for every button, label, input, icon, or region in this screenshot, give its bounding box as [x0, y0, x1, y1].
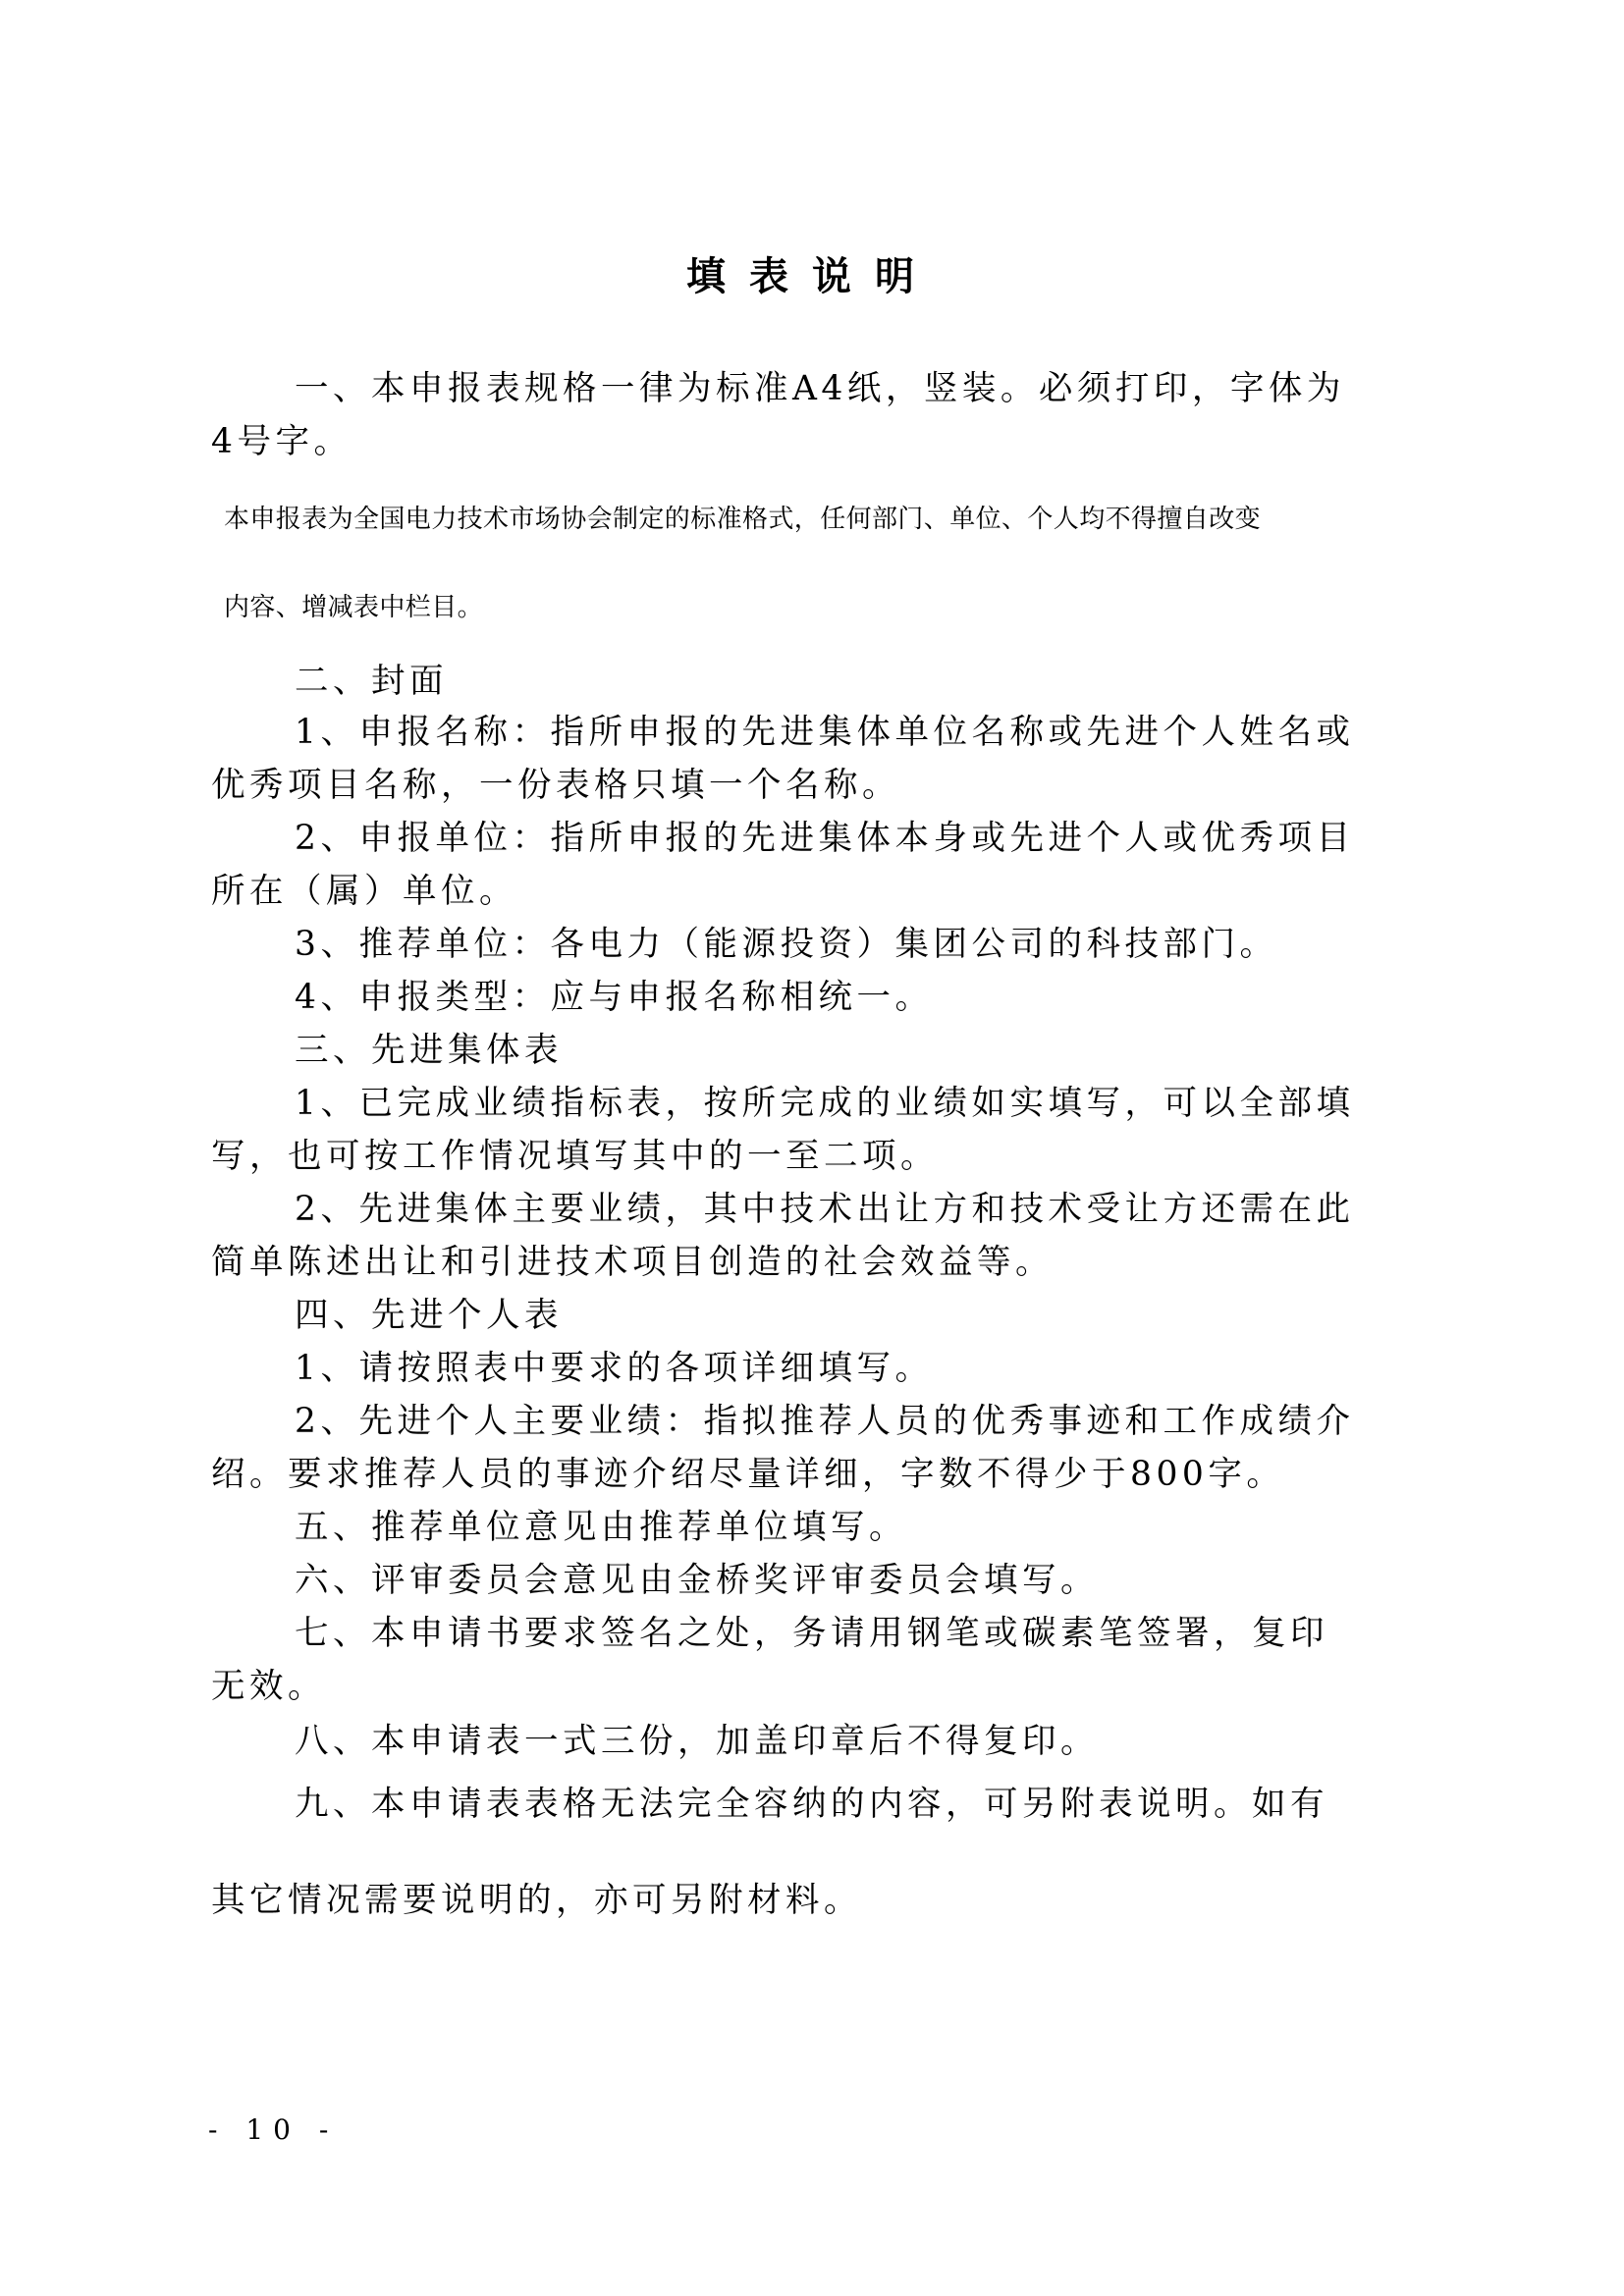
text-line: 一、本申报表规格一律为标准A4纸，竖装。必须打印，字体为	[295, 365, 1345, 412]
text-line: 2、先进集体主要业绩，其中技术出让方和技术受让方还需在此	[295, 1186, 1354, 1233]
text-line: 其它情况需要说明的，亦可另附材料。	[211, 1877, 862, 1924]
note-line: 内容、增减表中栏目。	[224, 584, 483, 631]
text-line: 2、先进个人主要业绩：指拟推荐人员的优秀事迹和工作成绩介	[295, 1398, 1354, 1445]
section-heading: 三、先进集体表	[295, 1027, 563, 1074]
note-line: 本申报表为全国电力技术市场协会制定的标准格式，任何部门、单位、个人均不得擅自改变	[224, 496, 1261, 543]
section-heading: 八、本申请表一式三份，加盖印章后不得复印。	[295, 1718, 1099, 1765]
section-heading: 七、本申请书要求签名之处，务请用钢笔或碳素笔签署，复印	[295, 1610, 1328, 1657]
page-number: - 10 -	[208, 2110, 338, 2150]
section-heading: 五、推荐单位意见由推荐单位填写。	[295, 1504, 907, 1551]
text-line: 1、请按照表中要求的各项详细填写。	[295, 1345, 933, 1392]
section-heading: 九、本申请表表格无法完全容纳的内容，可另附表说明。如有	[295, 1781, 1328, 1828]
text-line: 写，也可按工作情况填写其中的一至二项。	[211, 1133, 939, 1180]
text-line: 所在（属）单位。	[211, 868, 517, 915]
text-line: 绍。要求推荐人员的事迹介绍尽量详细，字数不得少于800字。	[211, 1451, 1284, 1498]
text-line: 2、申报单位：指所申报的先进集体本身或先进个人或优秀项目	[295, 815, 1354, 862]
page-title: 填表说明	[0, 247, 1624, 306]
text-line: 无效。	[211, 1663, 326, 1710]
text-line: 4号字。	[211, 418, 352, 465]
section-heading: 四、先进个人表	[295, 1292, 563, 1339]
text-line: 优秀项目名称，一份表格只填一个名称。	[211, 762, 900, 809]
text-line: 4、申报类型：应与申报名称相统一。	[295, 974, 933, 1021]
text-line: 简单陈述出让和引进技术项目创造的社会效益等。	[211, 1239, 1054, 1286]
text-line: 1、已完成业绩指标表，按所完成的业绩如实填写，可以全部填	[295, 1080, 1354, 1127]
text-line: 1、申报名称：指所申报的先进集体单位名称或先进个人姓名或	[295, 709, 1354, 756]
section-heading: 六、评审委员会意见由金桥奖评审委员会填写。	[295, 1557, 1099, 1604]
section-heading: 二、封面	[295, 658, 448, 705]
text-line: 3、推荐单位：各电力（能源投资）集团公司的科技部门。	[295, 921, 1277, 968]
